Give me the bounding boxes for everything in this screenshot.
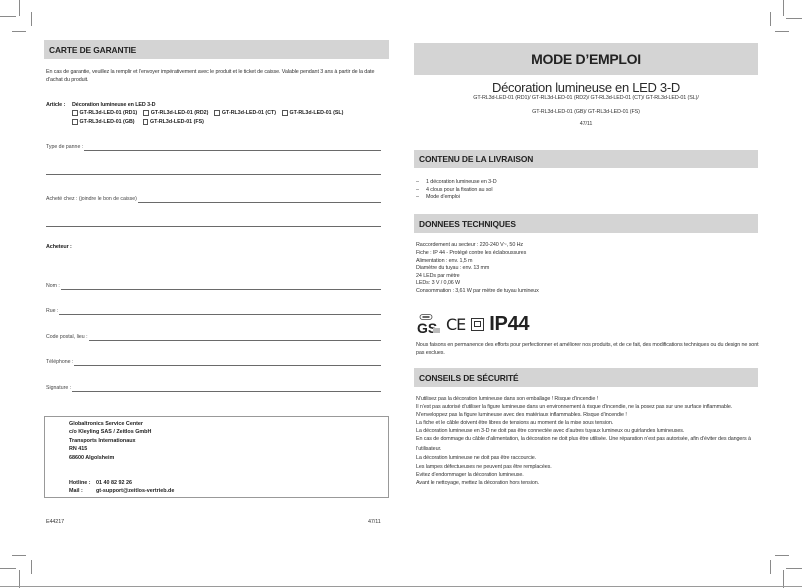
crop-mark bbox=[770, 560, 771, 574]
safety-item: N’utilisez pas la décoration lumineuse d… bbox=[416, 395, 766, 403]
code-postal-field[interactable]: Code postal, lieu : bbox=[46, 333, 381, 341]
option-rd1[interactable]: GT-RL3d-LED-01 (RD1) bbox=[72, 110, 137, 116]
certification-symbols: GS CE IP44 bbox=[416, 313, 529, 335]
rue-field[interactable]: Rue : bbox=[46, 307, 381, 315]
crop-mark bbox=[783, 0, 784, 16]
safety-header: CONSEILS DE SÉCURITÉ bbox=[414, 368, 758, 387]
crop-mark bbox=[770, 12, 771, 26]
tech-item: Raccordement au secteur : 220-240 V~, 50… bbox=[416, 241, 539, 249]
product-title: Décoration lumineuse en LED 3-D bbox=[414, 80, 758, 95]
crop-mark bbox=[775, 555, 789, 556]
article-label: Article : bbox=[46, 102, 65, 110]
tech-item: 24 LEDs par mètre bbox=[416, 272, 539, 280]
code-postal-line[interactable] bbox=[89, 334, 381, 341]
type-panne-line-2[interactable] bbox=[46, 174, 381, 175]
hotline-label: Hotline : bbox=[69, 480, 91, 487]
option-rd2[interactable]: GT-RL3d-LED-01 (RD2) bbox=[143, 110, 208, 116]
safety-item: En cas de dommage du câble d’alimentatio… bbox=[416, 435, 766, 454]
double-insulation-icon bbox=[471, 318, 484, 331]
tech-item: LEDs: 3 V / 0,06 W bbox=[416, 280, 539, 287]
warranty-header-text: CARTE DE GARANTIE bbox=[49, 45, 136, 55]
gs-mark-icon: GS bbox=[416, 314, 442, 334]
acheteur-label: Acheteur : bbox=[46, 244, 72, 252]
mode-emploi-header: MODE D’EMPLOI bbox=[414, 43, 758, 75]
checkbox[interactable] bbox=[72, 119, 78, 125]
product-date: 47/11 bbox=[414, 121, 758, 129]
safety-header-text: CONSEILS DE SÉCURITÉ bbox=[419, 373, 518, 383]
safety-item: N’enveloppez pas la figure lumineuse ave… bbox=[416, 411, 766, 419]
signature-field[interactable]: Signature : bbox=[46, 384, 381, 392]
crop-mark bbox=[31, 560, 32, 574]
crop-mark bbox=[786, 568, 802, 569]
warranty-header: CARTE DE GARANTIE bbox=[44, 40, 389, 59]
signature-line[interactable] bbox=[72, 385, 381, 392]
list-item: –4 clous pour la fixation au sol bbox=[416, 187, 497, 195]
type-panne-line[interactable] bbox=[84, 144, 381, 151]
option-fs[interactable]: GT-RL3d-LED-01 (FS) bbox=[143, 119, 204, 125]
safety-item: Il n’est pas autorisé d’utiliser la figu… bbox=[416, 403, 766, 411]
rue-line[interactable] bbox=[59, 308, 381, 315]
article-options-row-2: GT-RL3d-LED-01 (GB) GT-RL3d-LED-01 (FS) bbox=[72, 119, 210, 125]
checkbox[interactable] bbox=[72, 110, 78, 116]
tech-item: Diamètre du tuyau : env. 13 mm bbox=[416, 265, 539, 272]
type-panne-field[interactable]: Type de panne : bbox=[46, 143, 381, 151]
contents-header-text: CONTENU DE LA LIVRAISON bbox=[419, 154, 533, 164]
crop-mark bbox=[0, 568, 16, 569]
tech-item: Consommation : 3,61 W par mètre de tuyau… bbox=[416, 288, 539, 295]
safety-item: La fiche et le câble doivent être libres… bbox=[416, 419, 766, 427]
tech-header-text: DONNEES TECHNIQUES bbox=[419, 219, 516, 229]
warranty-intro: En cas de garantie, veuillez la remplir … bbox=[46, 69, 391, 84]
article-options-row-1: GT-RL3d-LED-01 (RD1) GT-RL3d-LED-01 (RD2… bbox=[72, 110, 349, 116]
checkbox[interactable] bbox=[282, 110, 288, 116]
product-models-2: GT-RL3d-LED-01 (GB)/ GT-RL3d-LED-01 (FS) bbox=[414, 109, 758, 117]
footer-date-left: 47/11 bbox=[368, 519, 381, 527]
option-gb[interactable]: GT-RL3d-LED-01 (GB) bbox=[72, 119, 135, 125]
checkbox[interactable] bbox=[143, 110, 149, 116]
safety-item: La décoration lumineuse en 3-D ne doit p… bbox=[416, 427, 766, 435]
telephone-label: Téléphone : bbox=[46, 359, 74, 366]
telephone-line[interactable] bbox=[74, 359, 381, 366]
improvement-note: Nous faisons en permanence des efforts p… bbox=[416, 342, 762, 357]
mode-emploi-title: MODE D’EMPLOI bbox=[531, 51, 641, 67]
product-models-1: GT-RL3d-LED-01 (RD1)/ GT-RL3d-LED-01 (RD… bbox=[414, 95, 758, 103]
tech-item: Alimentation : env. 1,5 m bbox=[416, 258, 539, 265]
nom-line[interactable] bbox=[61, 283, 381, 290]
tech-list: Raccordement au secteur : 220-240 V~, 50… bbox=[416, 241, 539, 295]
safety-item: Avant le nettoyage, mettez la décoration… bbox=[416, 479, 766, 487]
crop-mark bbox=[12, 31, 26, 32]
address-line-3: Transports Internationaux bbox=[69, 438, 136, 445]
achete-chez-label: Acheté chez : (joindre le bon de caisse) bbox=[46, 196, 138, 203]
ce-mark: CE bbox=[446, 315, 465, 334]
page-edge bbox=[0, 586, 802, 587]
nom-label: Nom : bbox=[46, 283, 61, 290]
nom-field[interactable]: Nom : bbox=[46, 282, 381, 290]
telephone-field[interactable]: Téléphone : bbox=[46, 358, 381, 366]
crop-mark bbox=[31, 12, 32, 26]
hotline-number: 01 40 82 92 26 bbox=[96, 480, 132, 487]
tech-item: Fiche : IP 44 - Protégé contre les éclab… bbox=[416, 249, 539, 257]
achete-chez-field[interactable]: Acheté chez : (joindre le bon de caisse) bbox=[46, 195, 381, 203]
crop-mark bbox=[0, 16, 16, 17]
address-line-2: c/o Kleyling SAS / Zeitlos GmbH bbox=[69, 429, 151, 436]
option-ct[interactable]: GT-RL3d-LED-01 (CT) bbox=[214, 110, 276, 116]
list-item: –Mode d’emploi bbox=[416, 194, 497, 202]
address-line-4: RN 415 bbox=[69, 446, 87, 453]
crop-mark bbox=[19, 0, 20, 16]
address-line-5: 68600 Algolsheim bbox=[69, 455, 114, 462]
crop-mark bbox=[775, 31, 789, 32]
checkbox[interactable] bbox=[143, 119, 149, 125]
option-sl[interactable]: GT-RL3d-LED-01 (SL) bbox=[282, 110, 343, 116]
ip44-mark: IP44 bbox=[489, 313, 529, 336]
footer-code: E44217 bbox=[46, 519, 64, 527]
tech-header: DONNEES TECHNIQUES bbox=[414, 214, 758, 233]
signature-label: Signature : bbox=[46, 385, 72, 392]
contents-header: CONTENU DE LA LIVRAISON bbox=[414, 150, 758, 168]
rue-label: Rue : bbox=[46, 308, 59, 315]
mail-address[interactable]: gt-support@zeitlos-vertrieb.de bbox=[96, 488, 174, 495]
safety-list: N’utilisez pas la décoration lumineuse d… bbox=[416, 395, 766, 487]
crop-mark bbox=[12, 555, 26, 556]
article-name: Décoration lumineuse en LED 3-D bbox=[72, 102, 155, 110]
safety-item: La décoration lumineuse ne doit pas être… bbox=[416, 454, 766, 462]
list-item: –1 décoration lumineuse en 3-D bbox=[416, 179, 497, 187]
checkbox[interactable] bbox=[214, 110, 220, 116]
code-postal-label: Code postal, lieu : bbox=[46, 334, 89, 341]
address-line-1: Globaltronics Service Center bbox=[69, 421, 143, 428]
achete-chez-line-2[interactable] bbox=[46, 226, 381, 227]
contents-list: –1 décoration lumineuse en 3-D –4 clous … bbox=[416, 179, 497, 202]
mail-label: Mail : bbox=[69, 488, 83, 495]
crop-mark bbox=[786, 18, 802, 19]
type-panne-label: Type de panne : bbox=[46, 144, 84, 151]
achete-chez-line[interactable] bbox=[138, 196, 381, 203]
safety-item: Evitez d’endommager la décoration lumine… bbox=[416, 471, 766, 479]
safety-item: Les lampes défectueuses ne peuvent pas ê… bbox=[416, 463, 766, 471]
